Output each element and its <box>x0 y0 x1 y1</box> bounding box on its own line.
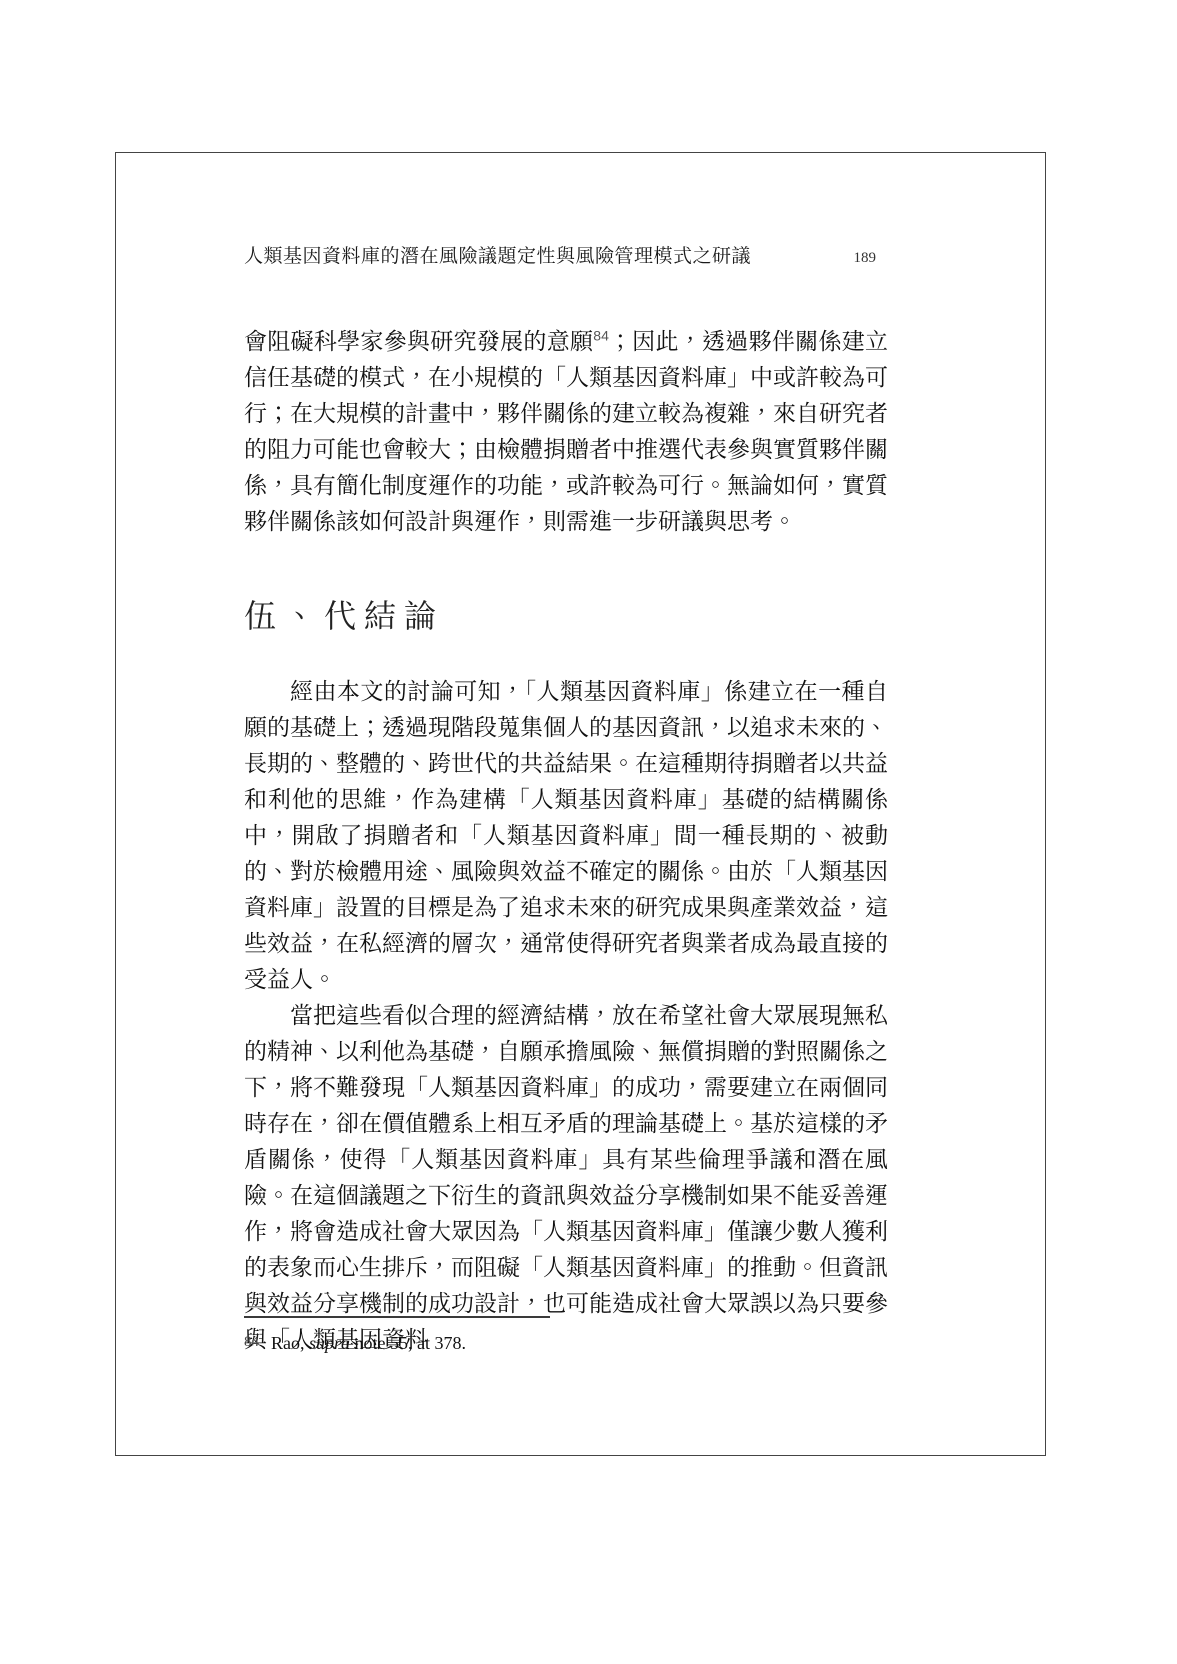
running-header-title: 人類基因資料庫的潛在風險議題定性與風險管理模式之研議 <box>244 241 751 268</box>
footnote-reference-84: 84 <box>593 327 609 343</box>
paragraph-1: 會阻礙科學家參與研究發展的意願84；因此，透過夥伴關係建立信任基礎的模式，在小規… <box>244 323 888 539</box>
footnote: 84Rao, supra note 55, at 378. <box>244 1333 888 1354</box>
footnote-separator-rule <box>244 1316 550 1318</box>
paragraph-3: 當把這些看似合理的經濟結構，放在希望社會大眾展現無私的精神、以利他為基礎，自願承… <box>244 997 888 1357</box>
page-number: 189 <box>854 250 877 267</box>
footnote-text-suffix: note 55, at 378. <box>350 1333 466 1353</box>
footnote-number: 84 <box>244 1334 259 1350</box>
paragraph-1-text-before-footnote-mark: 會阻礙科學家參與研究發展的意願 <box>244 328 593 354</box>
running-header: 人類基因資料庫的潛在風險議題定性與風險管理模式之研議 189 <box>244 241 876 268</box>
footnote-text-prefix: Rao, <box>271 1333 309 1353</box>
section-heading: 伍、代結論 <box>244 593 888 639</box>
paragraph-2: 經由本文的討論可知，「人類基因資料庫」係建立在一種自願的基礎上；透過現階段蒐集個… <box>244 673 888 997</box>
page-frame: 人類基因資料庫的潛在風險議題定性與風險管理模式之研議 189 會阻礙科學家參與研… <box>115 152 1046 1456</box>
document-page: 人類基因資料庫的潛在風險議題定性與風險管理模式之研議 189 會阻礙科學家參與研… <box>0 0 1177 1664</box>
paragraph-1-text-after-footnote-mark: ；因此，透過夥伴關係建立信任基礎的模式，在小規模的「人類基因資料庫」中或許較為可… <box>244 328 888 534</box>
body-text-block: 會阻礙科學家參與研究發展的意願84；因此，透過夥伴關係建立信任基礎的模式，在小規… <box>244 323 888 1357</box>
footnote-text-supra: supra <box>309 1333 350 1353</box>
